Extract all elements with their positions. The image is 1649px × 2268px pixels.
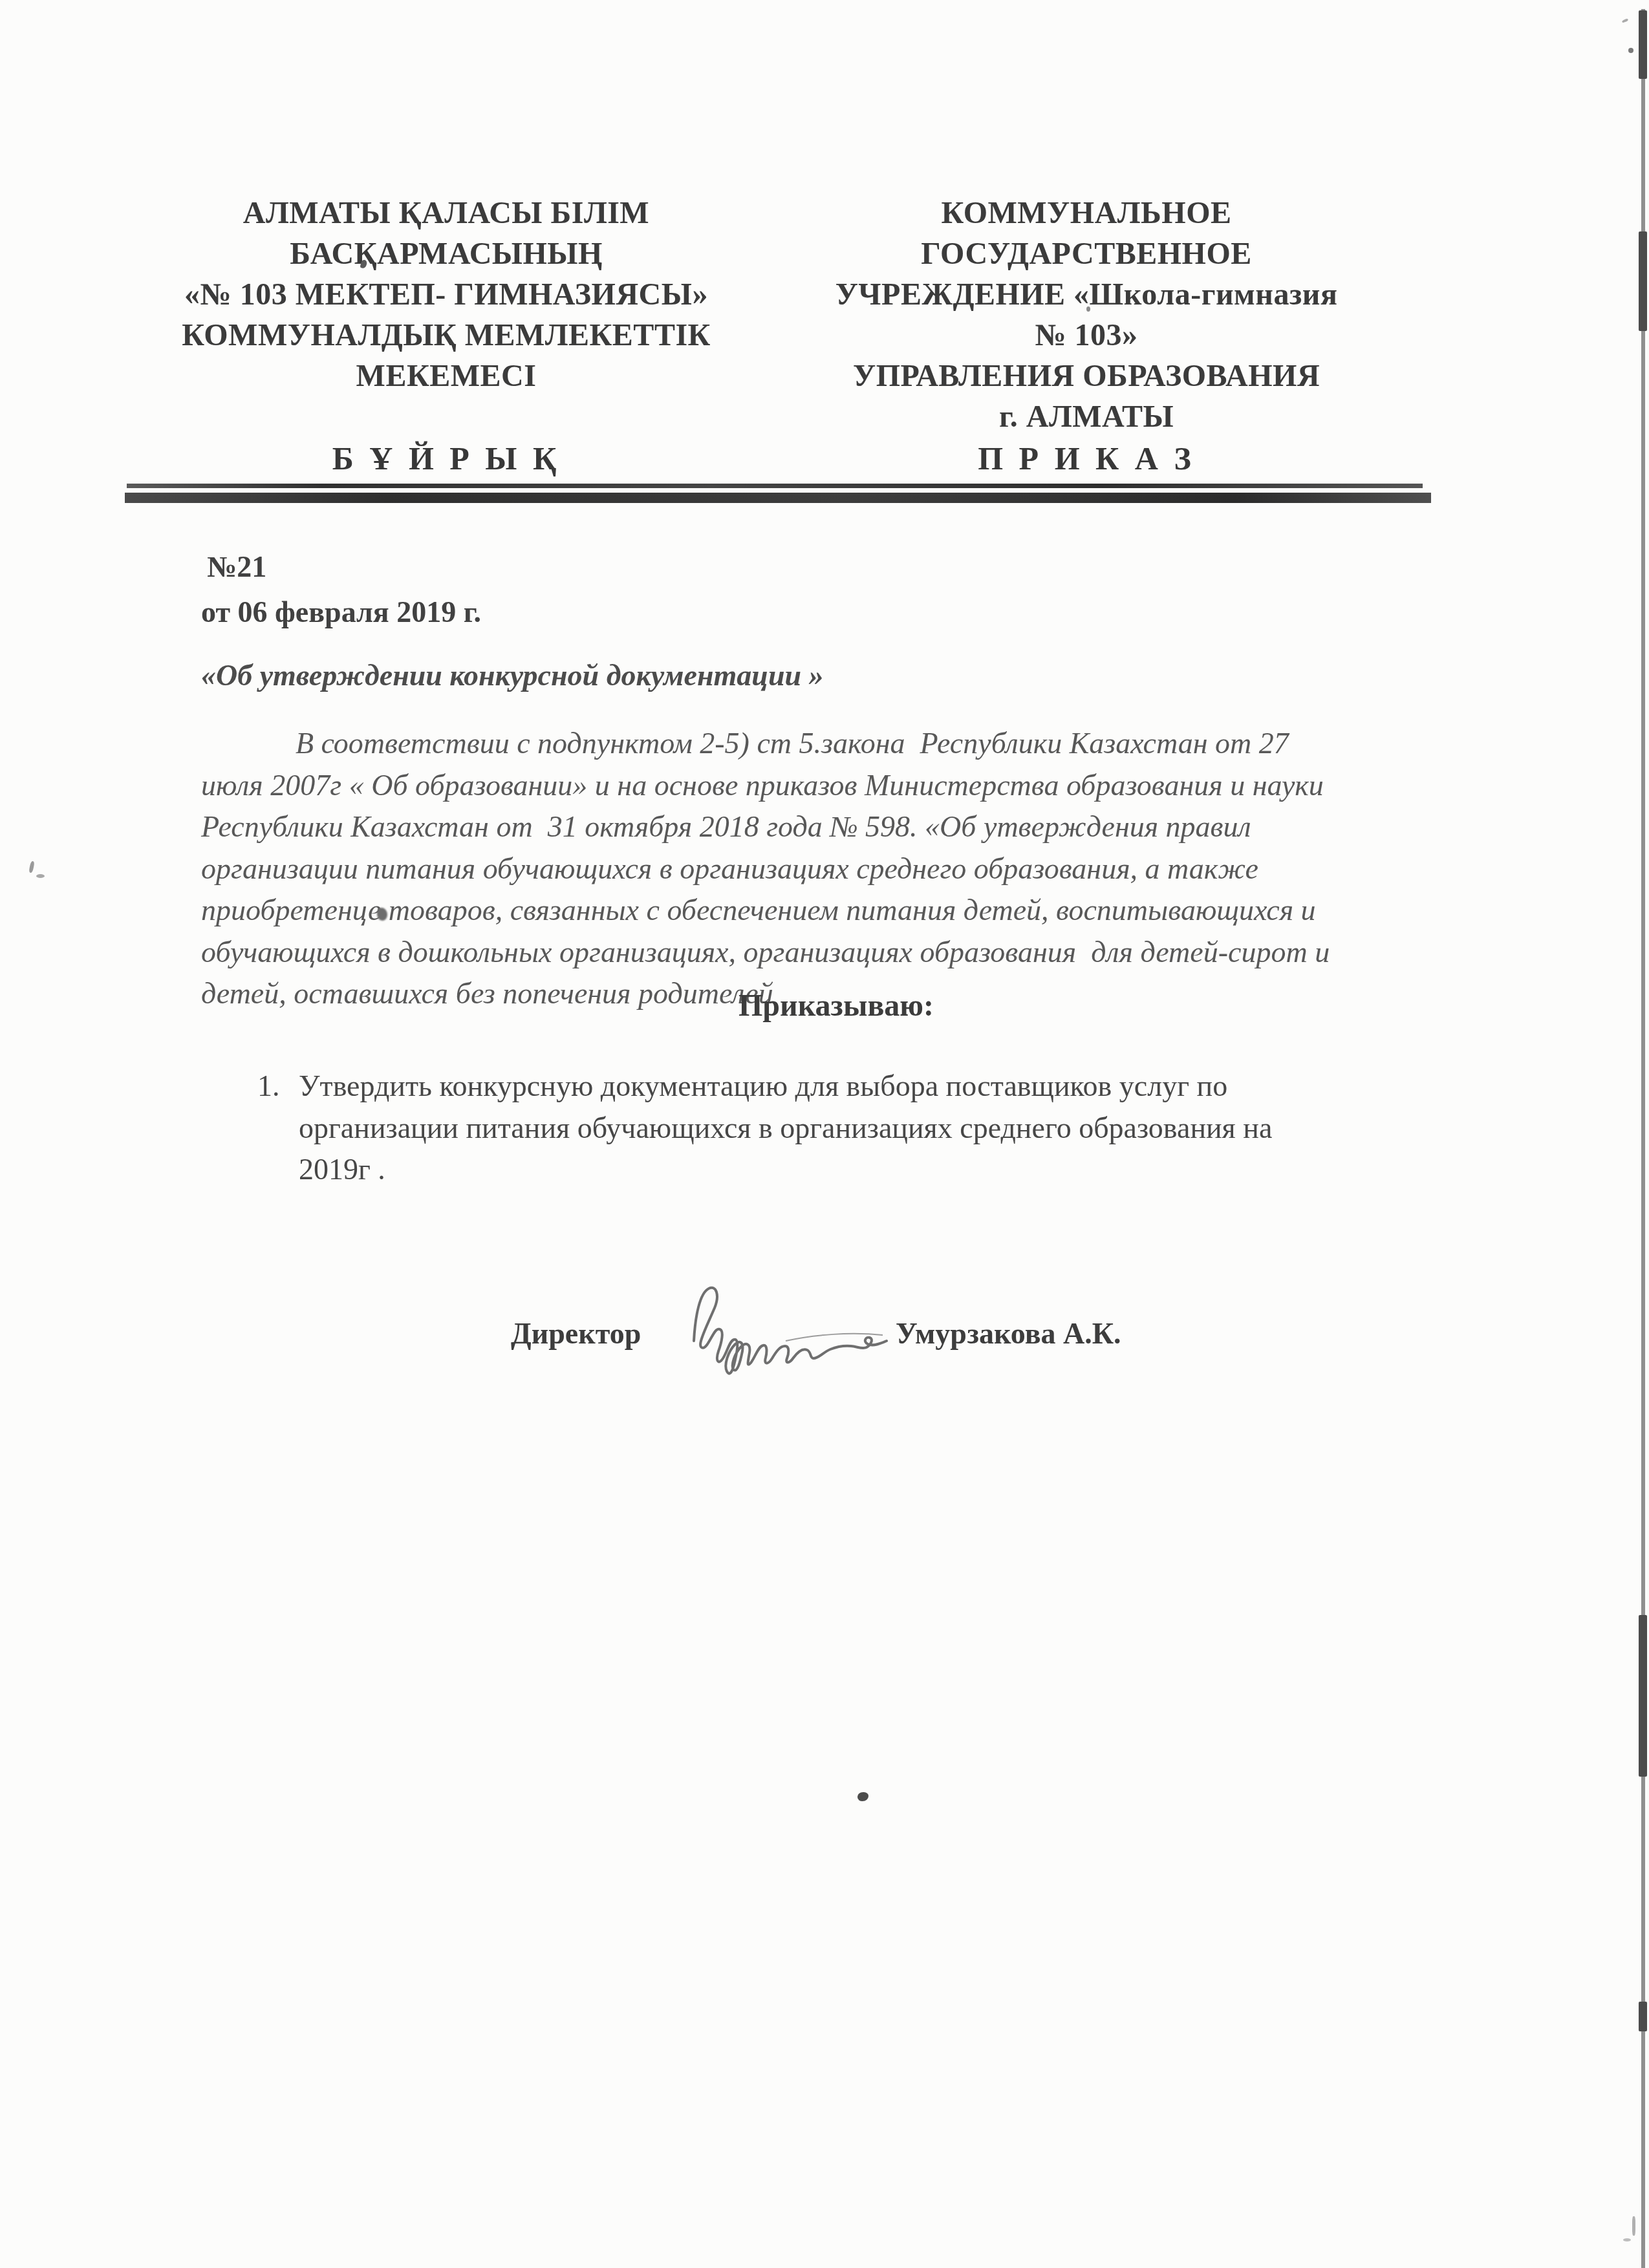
org-name-russian-line: УПРАВЛЕНИЯ ОБРАЗОВАНИЯ <box>792 356 1381 396</box>
list-item-line: Утвердить конкурсную документацию для вы… <box>299 1065 1272 1107</box>
scan-speck <box>28 861 35 873</box>
org-name-russian-block: КОММУНАЛЬНОЕ ГОСУДАРСТВЕННОЕ УЧРЕЖДЕНИЕ … <box>792 193 1381 437</box>
preamble-line: обучающихся в дошкольных организациях, о… <box>201 932 1330 974</box>
scan-speck <box>857 1792 868 1801</box>
scanned-order-page: АЛМАТЫ ҚАЛАСЫ БІЛІМ БАСҚАРМАСЫНЫҢ «№ 103… <box>0 0 1649 2268</box>
scan-speck <box>1622 18 1629 23</box>
org-name-kazakh-line: БАСҚАРМАСЫНЫҢ <box>149 233 744 274</box>
signature-name: Умурзакова А.К. <box>896 1316 1121 1351</box>
org-name-kazakh-line: КОММУНАЛДЫҚ МЕМЛЕКЕТТІК <box>149 315 744 356</box>
doc-type-word-russian: П Р И К А З <box>792 440 1381 477</box>
handwritten-signature <box>663 1281 902 1385</box>
scan-speck <box>1086 306 1090 312</box>
scan-edge-dark-segment <box>1639 10 1647 79</box>
order-number: №21 <box>207 550 266 584</box>
org-name-kazakh-line: АЛМАТЫ ҚАЛАСЫ БІЛІМ <box>149 193 744 233</box>
preamble-line: июля 2007г « Об образовании» и на основе… <box>201 765 1330 807</box>
scan-edge-line <box>1641 9 1645 2268</box>
scan-edge-dark-segment <box>1639 231 1647 331</box>
scan-speck <box>1632 2216 1635 2236</box>
list-item-text: Утвердить конкурсную документацию для вы… <box>299 1065 1272 1191</box>
scan-edge-dark-segment <box>1639 1615 1647 1777</box>
scan-edge-dark-segment <box>1639 2002 1647 2031</box>
list-item-line: 2019г . <box>299 1149 1272 1191</box>
org-name-russian-line: № 103» <box>792 315 1381 356</box>
preamble-line: В соответствии с подпунктом 2-5) ст 5.за… <box>201 723 1330 765</box>
preamble-line: организации питания обучающихся в органи… <box>201 848 1330 890</box>
org-name-kazakh-block: АЛМАТЫ ҚАЛАСЫ БІЛІМ БАСҚАРМАСЫНЫҢ «№ 103… <box>149 193 744 396</box>
scan-speck <box>1623 2238 1631 2241</box>
org-name-kazakh-line: «№ 103 МЕКТЕП- ГИМНАЗИЯСЫ» <box>149 274 744 315</box>
list-item-number: 1. <box>257 1065 280 1107</box>
order-subject: «Об утверждении конкурсной документации … <box>201 658 824 692</box>
scan-speck <box>36 874 45 878</box>
order-date: от 06 февраля 2019 г. <box>201 595 481 629</box>
scan-speck <box>377 908 387 921</box>
preamble-paragraph: В соответствии с подпунктом 2-5) ст 5.за… <box>201 723 1330 1015</box>
signature-role-label: Директор <box>511 1316 641 1351</box>
preamble-line: приобретенце товаров, связанных с обеспе… <box>201 890 1330 932</box>
doc-type-word-kazakh: Б Ұ Й Р Ы Қ <box>149 440 744 477</box>
header-divider-thick <box>125 493 1431 503</box>
decree-heading: Приказываю: <box>738 988 934 1023</box>
list-item-line: организации питания обучающихся в органи… <box>299 1107 1272 1150</box>
org-name-kazakh-line: МЕКЕМЕСІ <box>149 356 744 396</box>
header-divider-thin <box>127 484 1423 488</box>
org-name-russian-line: КОММУНАЛЬНОЕ <box>792 193 1381 233</box>
scan-speck <box>1628 48 1633 53</box>
org-name-russian-line: ГОСУДАРСТВЕННОЕ <box>792 233 1381 274</box>
org-name-russian-line: г. АЛМАТЫ <box>792 396 1381 437</box>
preamble-line: Республики Казахстан от 31 октября 2018 … <box>201 806 1330 848</box>
